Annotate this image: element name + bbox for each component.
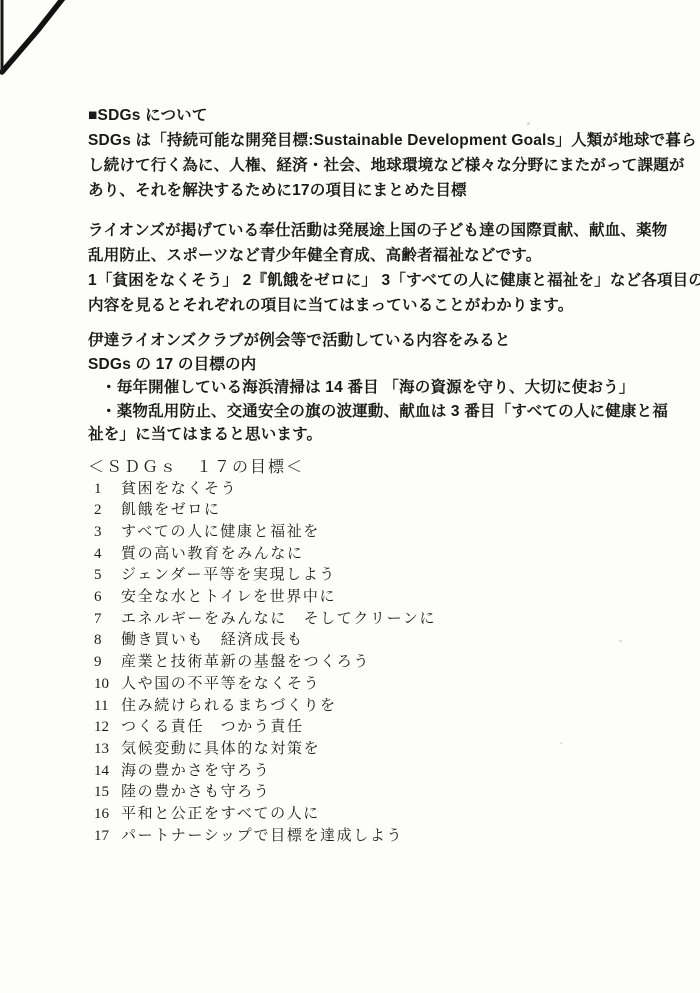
goal-label: 働き買いも 経済成長も <box>121 630 304 652</box>
goal-label: 陸の豊かさも守ろう <box>121 782 270 804</box>
lions-line-4: 内容を見るとそれぞれの項目に当てはまっていることがわかります。 <box>88 293 656 318</box>
goal-label: 平和と公正をすべての人に <box>121 804 320 826</box>
club-bullet-2: ・薬物乱用防止、交通安全の旗の波運動、献血は 3 番目「すべての人に健康と福 <box>88 400 656 424</box>
scanned-document-page: ■SDGs について SDGs は「持続可能な開発目標:Sustainable … <box>0 0 700 993</box>
goal-number: 3 <box>94 522 121 544</box>
goal-item-15: 15 陸の豊かさも守ろう <box>88 782 656 804</box>
goal-number: 4 <box>94 544 121 566</box>
goal-item-2: 2 飢餓をゼロに <box>88 500 656 522</box>
goal-number: 6 <box>94 587 121 609</box>
goal-label: 気候変動に具体的な対策を <box>121 739 320 761</box>
goal-number: 16 <box>94 804 121 826</box>
section-sdgs-about: ■SDGs について SDGs は「持続可能な開発目標:Sustainable … <box>88 103 656 203</box>
section-club-examples: 伊達ライオンズクラブが例会等で活動している内容をみると SDGs の 17 の目… <box>88 329 656 447</box>
goal-number: 11 <box>94 696 121 718</box>
goal-item-12: 12 つくる責任 つかう責任 <box>88 717 656 739</box>
goal-item-4: 4 質の高い教育をみんなに <box>88 544 656 566</box>
lions-line-2: 乱用防止、スポーツなど青少年健全育成、高齢者福祉などです。 <box>88 243 656 268</box>
goal-label: 質の高い教育をみんなに <box>121 544 304 566</box>
goal-label: 安全な水とトイレを世界中に <box>121 587 336 609</box>
goal-item-9: 9 産業と技術革新の基盤をつくろう <box>88 652 656 674</box>
goal-item-3: 3 すべての人に健康と福祉を <box>88 522 656 544</box>
goal-number: 17 <box>94 826 121 848</box>
goal-number: 5 <box>94 565 121 587</box>
goal-item-1: 1 貧困をなくそう <box>88 479 656 501</box>
goal-item-7: 7 エネルギーをみんなに そしてクリーンに <box>88 609 656 631</box>
goal-number: 15 <box>94 782 121 804</box>
goal-number: 1 <box>94 479 121 501</box>
goal-number: 10 <box>94 674 121 696</box>
goal-item-10: 10 人や国の不平等をなくそう <box>88 674 656 696</box>
club-bullet-1: ・毎年開催している海浜清掃は 14 番目 「海の資源を守り、大切に使おう」 <box>88 376 656 400</box>
goal-item-6: 6 安全な水とトイレを世界中に <box>88 587 656 609</box>
sdgs-about-heading: ■SDGs について <box>88 103 656 128</box>
goal-label: 産業と技術革新の基盤をつくろう <box>121 652 370 674</box>
lions-line-1: ライオンズが掲げている奉仕活動は発展途上国の子ども達の国際貢献、献血、薬物 <box>88 218 656 243</box>
goal-item-5: 5 ジェンダー平等を実現しよう <box>88 565 656 587</box>
goal-label: エネルギーをみんなに そしてクリーンに <box>121 609 436 631</box>
goal-item-14: 14 海の豊かさを守ろう <box>88 761 656 783</box>
goal-label: 人や国の不平等をなくそう <box>121 674 320 696</box>
goal-label: 海の豊かさを守ろう <box>121 761 270 783</box>
goal-number: 7 <box>94 609 121 631</box>
goals-list-title: ＜ＳＤＧｓ １７の目標＜ <box>88 456 656 479</box>
section-lions-activity: ライオンズが掲げている奉仕活動は発展途上国の子ども達の国際貢献、献血、薬物 乱用… <box>88 218 656 318</box>
goal-label: すべての人に健康と福祉を <box>121 522 320 544</box>
goal-item-16: 16 平和と公正をすべての人に <box>88 804 656 826</box>
goal-number: 2 <box>94 500 121 522</box>
goal-number: 14 <box>94 761 121 783</box>
intro-line-2: し続けて行く為に、人権、経済・社会、地球環境など様々な分野にまたがって課題が <box>88 153 656 178</box>
club-line-5: 祉を」に当てはまると思います。 <box>88 423 656 447</box>
goal-label: 飢餓をゼロに <box>121 500 221 522</box>
goal-number: 12 <box>94 717 121 739</box>
goal-label: ジェンダー平等を実現しよう <box>121 565 336 587</box>
goal-item-11: 11 住み続けられるまちづくりを <box>88 696 656 718</box>
goal-number: 8 <box>94 630 121 652</box>
document-content: ■SDGs について SDGs は「持続可能な開発目標:Sustainable … <box>88 103 656 847</box>
intro-line-1: SDGs は「持続可能な開発目標:Sustainable Development… <box>88 128 656 153</box>
goal-label: 貧困をなくそう <box>121 479 237 501</box>
goal-label: つくる責任 つかう責任 <box>121 717 304 739</box>
goal-number: 13 <box>94 739 121 761</box>
goal-item-8: 8 働き買いも 経済成長も <box>88 630 656 652</box>
intro-line-3: あり、それを解決するために17の項目にまとめた目標 <box>88 178 656 203</box>
goal-item-13: 13 気候変動に具体的な対策を <box>88 739 656 761</box>
goal-label: パートナーシップで目標を達成しよう <box>121 826 403 848</box>
goal-item-17: 17 パートナーシップで目標を達成しよう <box>88 826 656 848</box>
goal-number: 9 <box>94 652 121 674</box>
club-line-2: SDGs の 17 の目標の内 <box>88 353 656 377</box>
club-line-1: 伊達ライオンズクラブが例会等で活動している内容をみると <box>88 329 656 353</box>
goal-label: 住み続けられるまちづくりを <box>121 696 337 718</box>
sdgs-goals-list: ＜ＳＤＧｓ １７の目標＜ 1 貧困をなくそう 2 飢餓をゼロに 3 すべての人に… <box>88 456 656 848</box>
scan-corner-fold-mark <box>0 0 80 85</box>
lions-line-3: 1「貧困をなくそう」 2『飢餓をゼロに」 3「すべての人に健康と福祉を」など各項… <box>88 268 656 293</box>
